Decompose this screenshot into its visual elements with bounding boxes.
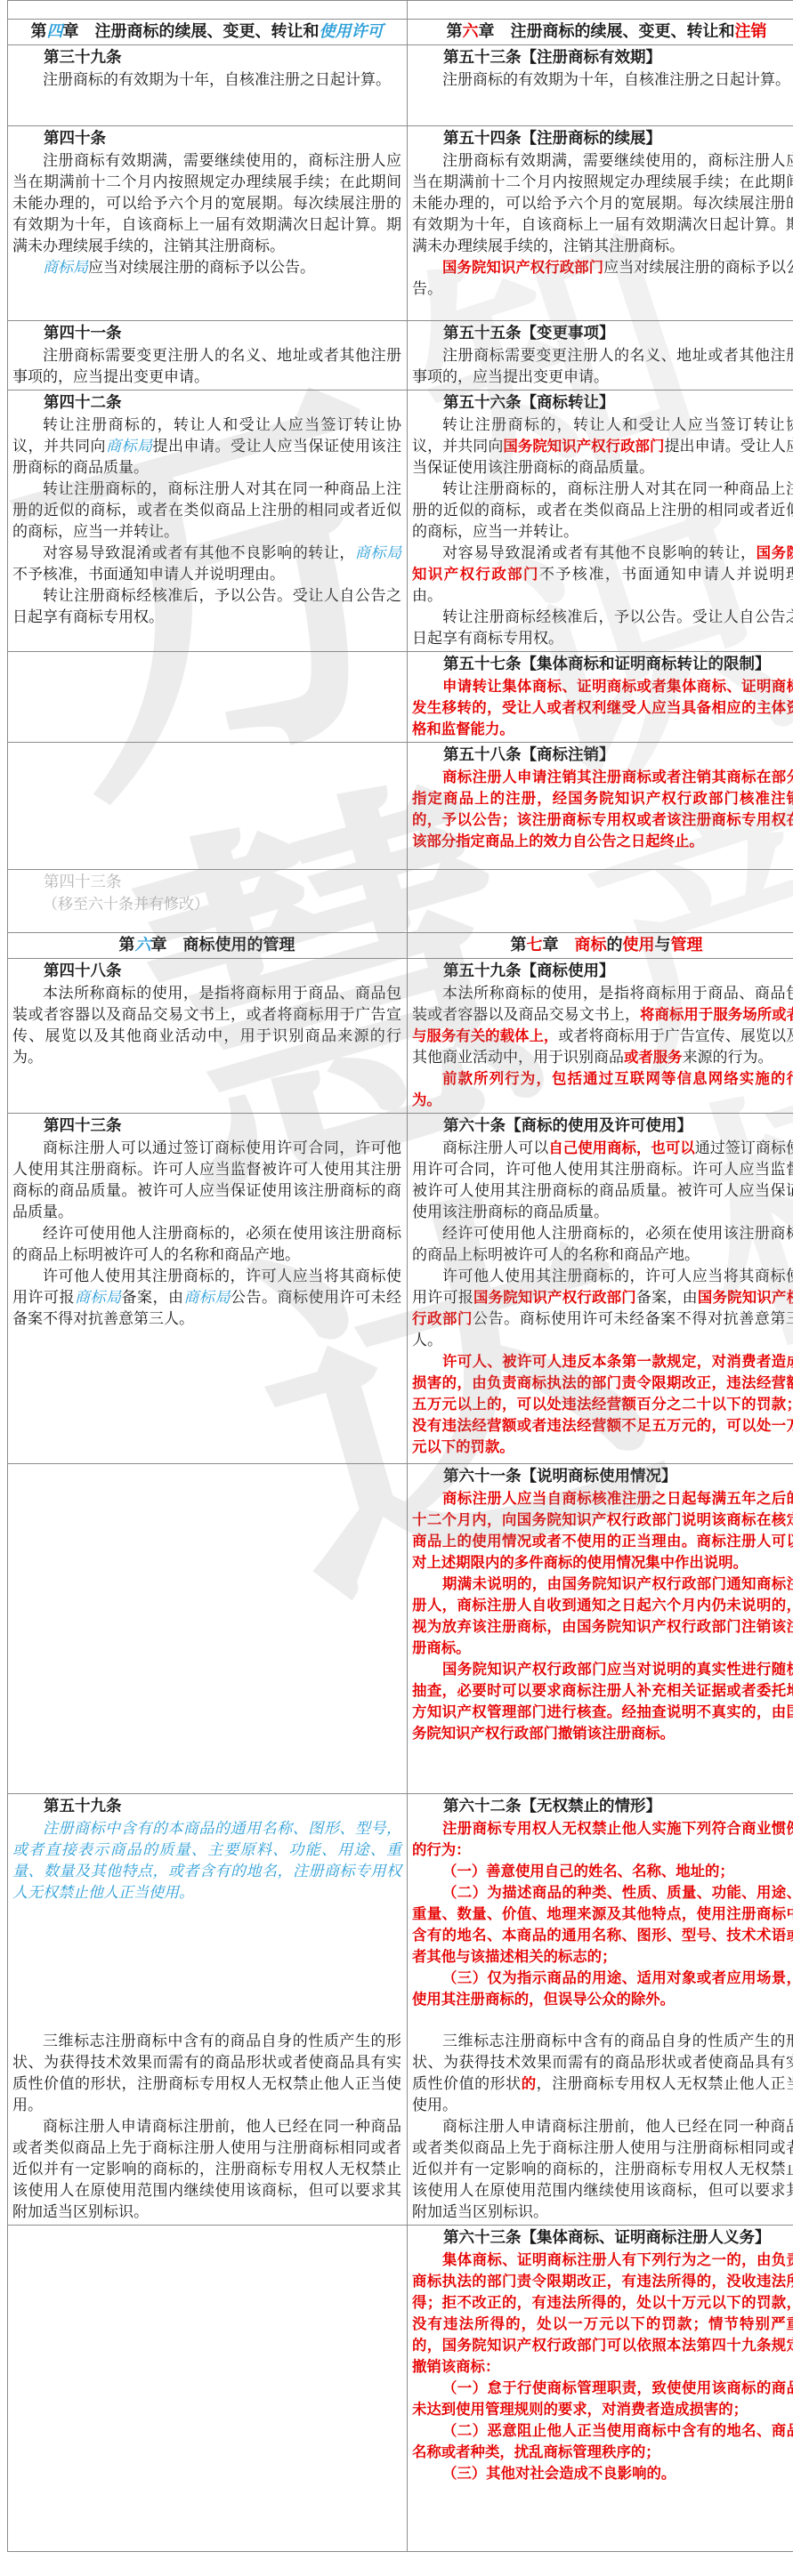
text-segment: 章 商标使用的管理 xyxy=(151,936,295,954)
cell-content: 第六十二条【无权禁止的情形】注册商标专用权人无权禁止他人实施下列符合商业惯例的行… xyxy=(412,1796,793,2027)
text-segment: 第四十二条 xyxy=(44,394,122,412)
article-heading: 第六十二条【无权禁止的情形】 xyxy=(412,1796,793,1818)
article-heading: 第五十九条 xyxy=(12,1796,401,1818)
text-segment: 不予核准，书面通知申请人并说明理由。 xyxy=(12,566,285,584)
text-segment: 许可人、被许可人违反本条第一款规定，对消费者造成损害的，由负责商标执法的部门责令… xyxy=(412,1353,793,1455)
article-row-41-55: 第四十一条注册商标需要变更注册人的名义、地址或者其他注册事项的，应当提出变更申请… xyxy=(8,321,793,390)
text-segment: 注册商标有效期满，需要继续使用的，商标注册人应当在期满前十二个月内按照规定办理续… xyxy=(412,152,793,255)
cell-content xyxy=(12,2227,401,2549)
article-paragraph: 转让注册商标的，商标注册人对其在同一种商品上注册的近似的商标，或者在类似商品上注… xyxy=(12,479,401,543)
text-segment: 商标局 xyxy=(355,544,401,562)
text-segment: 期满未说明的，由国务院知识产权行政部门通知商标注册人，商标注册人自收到通知之日起… xyxy=(412,1575,793,1656)
cell-content: 第五十六条【商标转让】转让注册商标的，转让人和受让人应当签订转让协议，并共同向国… xyxy=(412,392,793,649)
text-segment: 第五十七条【集体商标和证明商标转让的限制】 xyxy=(443,656,771,673)
article-row-42-56: 第四十二条转让注册商标的，转让人和受让人应当签订转让协议，并共同向商标局提出申请… xyxy=(8,390,793,652)
text-segment: 第四十三条 xyxy=(44,1117,122,1135)
article-paragraph: 注册商标的有效期为十年，自核准注册之日起计算。 xyxy=(412,69,793,91)
text-segment: 国务院知识产权行政部门应当对说明的真实性进行随机抽查，必要时可以要求商标注册人补… xyxy=(412,1661,793,1742)
text-segment: 商标注册人申请商标注册前，他人已经在同一种商品或者类似商品上先于商标注册人使用与… xyxy=(412,2118,793,2221)
text-segment: 第五十五条【变更事项】 xyxy=(443,325,615,342)
text-segment: 三维标志注册商标中含有的商品自身的性质产生的形状、为获得技术效果而需有的商品形状… xyxy=(12,2033,401,2114)
text-segment: 第四十八条 xyxy=(44,962,122,980)
text-segment: 的 xyxy=(522,2075,537,2092)
cell-content: 第四十二条转让注册商标的，转让人和受让人应当签订转让协议，并共同向商标局提出申请… xyxy=(12,392,401,639)
cell-old-law: 第四十八条本法所称商标的使用，是指将商标用于商品、商品包装或者容器以及商品交易文… xyxy=(8,959,408,1114)
article-row-43-moved: 第四十三条（移至六十条并有修改） xyxy=(8,870,793,933)
cell-old-law: 第四十三条商标注册人可以通过签订商标使用许可合同，许可他人使用其注册商标。许可人… xyxy=(8,1114,408,1464)
cell-content: 第五十四条【注册商标的续展】注册商标有效期满，需要继续使用的，商标注册人应当在期… xyxy=(412,128,793,318)
empty-cell-left xyxy=(8,1,408,20)
article-heading: 第四十二条 xyxy=(12,392,401,415)
text-segment: 使用 xyxy=(623,936,655,954)
article-heading: 第四十条 xyxy=(12,128,401,150)
text-segment: （一）善意使用自己的姓名、名称、地址的； xyxy=(442,1863,734,1880)
article-paragraph: 许可他人使用其注册商标的，许可人应当将其商标使用许可报商标局备案，由商标局公告。… xyxy=(12,1266,401,1330)
text-segment: 注册商标专用权人无权禁止他人实施下列符合商业惯例的行为： xyxy=(412,1820,793,1858)
article-paragraph: （移至六十条并有修改） xyxy=(12,894,401,915)
text-segment: 备案，由 xyxy=(122,1289,184,1307)
article-paragraph: 转让注册商标的，转让人和受让人应当签订转让协议，并共同向国务院知识产权行政部门提… xyxy=(412,415,793,479)
text-segment: 商标局 xyxy=(106,438,153,455)
cell-content: 第五十五条【变更事项】注册商标需要变更注册人的名义、地址或者其他注册事项的，应当… xyxy=(412,323,793,388)
text-segment: 集体商标、证明商标注册人有下列行为之一的，由负责商标执法的部门责令限期改正，有违… xyxy=(412,2251,793,2375)
text-segment: 第五十九条【商标使用】 xyxy=(443,962,615,980)
cell-content: 第四十八条本法所称商标的使用，是指将商标用于商品、商品包装或者容器以及商品交易文… xyxy=(12,961,401,1110)
text-segment: 商标注册人申请注销其注册商标或者注销其商标在部分指定商品上的注册，经国务院知识产… xyxy=(412,769,793,849)
text-segment: 第六十二条【无权禁止的情形】 xyxy=(443,1798,661,1815)
text-segment: 商标局 xyxy=(75,1289,122,1307)
text-segment: 第五十九条 xyxy=(44,1798,122,1815)
text-segment: 对容易导致混淆或者有其他不良影响的转让， xyxy=(442,544,757,562)
article-paragraph: 许可他人使用其注册商标的，许可人应当将其商标使用许可报国务院知识产权行政部门备案… xyxy=(412,1266,793,1351)
cell-content: 第四十一条注册商标需要变更注册人的名义、地址或者其他注册事项的，应当提出变更申请… xyxy=(12,323,401,388)
article-row-59-62-part2: 三维标志注册商标中含有的商品自身的性质产生的形状、为获得技术效果而需有的商品形状… xyxy=(8,2029,793,2226)
comparison-table-body: 第四章 注册商标的续展、变更、转让和使用许可第六章 注册商标的续展、变更、转让和… xyxy=(8,1,793,2552)
text-segment: 管理 xyxy=(671,936,703,954)
text-segment: 第六十条【商标的使用及许可使用】 xyxy=(443,1117,692,1135)
text-segment: 第四十条 xyxy=(44,130,106,148)
text-segment: 或者服务 xyxy=(624,1049,683,1066)
cell-old-law xyxy=(8,743,408,870)
article-heading: 第五十四条【注册商标的续展】 xyxy=(412,128,793,150)
cell-content: 第六十条【商标的使用及许可使用】商标注册人可以自己使用商标，也可以通过签订商标使… xyxy=(412,1115,793,1461)
cell-new-law: 第五十三条【注册商标有效期】注册商标的有效期为十年，自核准注册之日起计算。 xyxy=(408,45,793,126)
text-segment: 第五十三条【注册商标有效期】 xyxy=(443,49,661,67)
document-page: 万慧达 知识产权 第四章 注册商标的续展、变更、转让和使用许可第六章 注册商标的… xyxy=(0,0,793,2552)
text-segment: （移至六十条并有修改） xyxy=(43,896,209,914)
article-paragraph: 注册商标有效期满，需要继续使用的，商标注册人应当在期满前十二个月内按照规定办理续… xyxy=(412,150,793,257)
article-heading: 第五十六条【商标转让】 xyxy=(412,392,793,415)
article-paragraph: 注册商标中含有的本商品的通用名称、图形、型号，或者直接表示商品的质量、主要原料、… xyxy=(12,1818,401,1904)
text-segment: 商标注册人申请商标注册前，他人已经在同一种商品或者类似商品上先于商标注册人使用与… xyxy=(12,2118,401,2221)
cell-content: 三维标志注册商标中含有的商品自身的性质产生的形状、为获得技术效果而需有的商品形状… xyxy=(412,2031,793,2223)
article-row-61: 第六十一条【说明商标使用情况】商标注册人应当自商标核准注册之日起每满五年之后的十… xyxy=(8,1464,793,1794)
empty-cell-right xyxy=(408,1,793,20)
cell-content xyxy=(12,654,401,736)
article-paragraph: 集体商标、证明商标注册人有下列行为之一的，由负责商标执法的部门责令限期改正，有违… xyxy=(412,2250,793,2378)
cell-old-law: 第四十一条注册商标需要变更注册人的名义、地址或者其他注册事项的，应当提出变更申请… xyxy=(8,321,408,390)
article-paragraph: 注册商标的有效期为十年，自核准注册之日起计算。 xyxy=(12,69,401,91)
text-segment: 第四十一条 xyxy=(44,325,122,342)
article-paragraph: 国务院知识产权行政部门应当对续展注册的商标予以公告。 xyxy=(412,257,793,300)
cell-new-law: 第五十六条【商标转让】转让注册商标的，转让人和受让人应当签订转让协议，并共同向国… xyxy=(408,390,793,652)
article-paragraph: 期满未说明的，由国务院知识产权行政部门通知商标注册人，商标注册人自收到通知之日起… xyxy=(412,1574,793,1659)
article-paragraph: （一）善意使用自己的姓名、名称、地址的； xyxy=(412,1861,793,1882)
article-paragraph: （二）为描述商品的种类、性质、质量、功能、用途、重量、数量、价值、地理来源及其他… xyxy=(412,1882,793,1968)
article-heading: 第六十三条【集体商标、证明商标注册人义务】 xyxy=(412,2227,793,2250)
text-segment: （一）怠于行使商标管理职责，致使使用该商标的商品未达到使用管理规则的要求，对消费… xyxy=(412,2379,793,2418)
article-paragraph: 三维标志注册商标中含有的商品自身的性质产生的形状、为获得技术效果而需有的商品形状… xyxy=(412,2031,793,2116)
article-heading: 第四十三条 xyxy=(12,872,401,894)
text-segment: 商标注册人应当自商标核准注册之日起每满五年之后的十二个月内，向国务院知识产权行政… xyxy=(412,1490,793,1571)
cell-old-law: 第四十条注册商标有效期满，需要继续使用的，商标注册人应当在期满前十二个月内按照规… xyxy=(8,126,408,321)
text-segment: 注册商标需要变更注册人的名义、地址或者其他注册事项的，应当提出变更申请。 xyxy=(12,347,401,386)
article-paragraph: 注册商标有效期满，需要继续使用的，商标注册人应当在期满前十二个月内按照规定办理续… xyxy=(12,150,401,257)
article-heading: 第三十九条 xyxy=(12,47,401,69)
text-segment: （二）恶意阻止他人正当使用商标中含有的地名、商品名称或者种类，扰乱商标管理秩序的… xyxy=(412,2422,793,2460)
cell-old-law xyxy=(8,2226,408,2552)
article-paragraph: 转让注册商标经核准后，予以公告。受让人自公告之日起享有商标专用权。 xyxy=(412,607,793,649)
text-segment: 转让注册商标经核准后，予以公告。受让人自公告之日起享有商标专用权。 xyxy=(412,608,793,648)
cell-new-law: 第五十七条【集体商标和证明商标转让的限制】申请转让集体商标、证明商标或者集体商标… xyxy=(408,652,793,743)
article-heading: 第四十三条 xyxy=(12,1115,401,1138)
text-segment: （三）其他对社会造成不良影响的。 xyxy=(442,2465,676,2482)
cell-new-law: 第六十条【商标的使用及许可使用】商标注册人可以自己使用商标，也可以通过签订商标使… xyxy=(408,1114,793,1464)
text-segment: 四 xyxy=(47,22,63,41)
text-segment: 国务院知识产权行政部门 xyxy=(442,259,603,276)
text-segment: 国务院知识产权行政部门 xyxy=(473,1289,636,1306)
text-segment: 注册商标有效期满，需要继续使用的，商标注册人应当在期满前十二个月内按照规定办理续… xyxy=(12,152,401,255)
text-segment: 注册商标的有效期为十年，自核准注册之日起计算。 xyxy=(43,71,391,89)
cell-content: 三维标志注册商标中含有的商品自身的性质产生的形状、为获得技术效果而需有的商品形状… xyxy=(12,2031,401,2223)
article-paragraph: 转让注册商标的，转让人和受让人应当签订转让协议，并共同向商标局提出申请。受让人应… xyxy=(12,415,401,479)
cell-content xyxy=(412,872,793,930)
article-paragraph: 商标注册人可以通过签订商标使用许可合同，许可他人使用其注册商标。许可人应当监督被… xyxy=(12,1138,401,1223)
text-segment: 章 xyxy=(543,936,575,954)
article-paragraph: 前款所列行为，包括通过互联网等信息网络实施的行为。 xyxy=(412,1068,793,1111)
text-segment: 国务院知识产权行政部门 xyxy=(503,438,664,455)
text-segment: 的 xyxy=(607,936,623,954)
article-paragraph: 对容易导致混淆或者有其他不良影响的转让，国务院知识产权行政部门不予核准，书面通知… xyxy=(412,543,793,607)
text-segment: 前款所列行为，包括通过互联网等信息网络实施的行为。 xyxy=(412,1070,793,1108)
article-row-40-54: 第四十条注册商标有效期满，需要继续使用的，商标注册人应当在期满前十二个月内按照规… xyxy=(8,126,793,321)
article-paragraph: （三）仅为指示商品的用途、适用对象或者应用场景，使用其注册商标的，但误导公众的除… xyxy=(412,1968,793,2010)
text-segment: 商标局 xyxy=(184,1289,231,1307)
text-segment: 第 xyxy=(511,936,527,954)
article-heading: 第六十一条【说明商标使用情况】 xyxy=(412,1466,793,1488)
article-paragraph: 商标注册人申请商标注册前，他人已经在同一种商品或者类似商品上先于商标注册人使用与… xyxy=(412,2116,793,2223)
cell-content: 第五十九条【商标使用】本法所称商标的使用，是指将商标用于商品、商品包装或者容器以… xyxy=(412,961,793,1111)
text-segment: 第六十一条【说明商标使用情况】 xyxy=(443,1468,677,1485)
cell-new-law: 第六十三条【集体商标、证明商标注册人义务】集体商标、证明商标注册人有下列行为之一… xyxy=(408,2226,793,2552)
chapter-heading-left: 第四章 注册商标的续展、变更、转让和使用许可 xyxy=(8,20,408,45)
text-segment: 使用许可 xyxy=(320,22,384,41)
article-row-48-59: 第四十八条本法所称商标的使用，是指将商标用于商品、商品包装或者容器以及商品交易文… xyxy=(8,959,793,1114)
text-segment: 第 xyxy=(119,936,135,954)
article-paragraph: 国务院知识产权行政部门应当对说明的真实性进行随机抽查，必要时可以要求商标注册人补… xyxy=(412,1659,793,1744)
text-segment: （二）为描述商品的种类、性质、质量、功能、用途、重量、数量、价值、地理来源及其他… xyxy=(412,1884,793,1965)
article-paragraph: 注册商标需要变更注册人的名义、地址或者其他注册事项的，应当提出变更申请。 xyxy=(12,345,401,388)
article-heading: 第五十八条【商标注销】 xyxy=(412,745,793,767)
cell-content: 第五十九条注册商标中含有的本商品的通用名称、图形、型号，或者直接表示商品的质量、… xyxy=(12,1796,401,2027)
text-segment: 应当对续展注册的商标予以公告。 xyxy=(88,259,315,277)
cell-content: 第五十八条【商标注销】商标注册人申请注销其注册商标或者注销其商标在部分指定商品上… xyxy=(412,745,793,867)
article-row-58: 第五十八条【商标注销】商标注册人申请注销其注册商标或者注销其商标在部分指定商品上… xyxy=(8,743,793,870)
article-paragraph: 转让注册商标的，商标注册人对其在同一种商品上注册的近似的商标，或者在类似商品上注… xyxy=(412,479,793,543)
text-segment: 商标注册人可以通过签订商标使用许可合同，许可他人使用其注册商标。许可人应当监督被… xyxy=(12,1139,401,1221)
text-segment: 申请转让集体商标、证明商标或者集体商标、证明商标发生移转的，受让人或者权利继受人… xyxy=(412,678,793,737)
text-segment: 注销 xyxy=(735,22,767,41)
article-paragraph: （二）恶意阻止他人正当使用商标中含有的地名、商品名称或者种类，扰乱商标管理秩序的… xyxy=(412,2420,793,2463)
article-row-63: 第六十三条【集体商标、证明商标注册人义务】集体商标、证明商标注册人有下列行为之一… xyxy=(8,2226,793,2552)
text-segment: 转让注册商标的，商标注册人对其在同一种商品上注册的近似的商标，或者在类似商品上注… xyxy=(12,480,401,541)
text-segment: 经许可使用他人注册商标的，必须在使用该注册商标的商品上标明被许可人的名称和商品产… xyxy=(412,1225,793,1264)
article-paragraph: 商标注册人可以自己使用商标，也可以通过签订商标使用许可合同，许可他人使用其注册商… xyxy=(412,1138,793,1223)
article-paragraph: 三维标志注册商标中含有的商品自身的性质产生的形状、为获得技术效果而需有的商品形状… xyxy=(12,2031,401,2116)
text-segment: 第 xyxy=(447,22,463,41)
article-heading: 第五十七条【集体商标和证明商标转让的限制】 xyxy=(412,654,793,676)
text-segment: 六 xyxy=(463,22,479,41)
article-heading: 第五十三条【注册商标有效期】 xyxy=(412,47,793,69)
article-paragraph: 对容易导致混淆或者有其他不良影响的转让，商标局不予核准，书面通知申请人并说明理由… xyxy=(12,543,401,585)
cell-new-law xyxy=(408,870,793,933)
text-segment: 第 xyxy=(31,22,47,41)
cell-content: 第五十七条【集体商标和证明商标转让的限制】申请转让集体商标、证明商标或者集体商标… xyxy=(412,654,793,740)
text-segment: 自己使用商标，也可以 xyxy=(548,1139,694,1156)
text-segment: 来源的行为。 xyxy=(683,1049,773,1067)
chapter-heading-left: 第六章 商标使用的管理 xyxy=(8,933,408,959)
text-segment: 转让注册商标经核准后，予以公告。受让人自公告之日起享有商标专用权。 xyxy=(12,587,401,626)
text-segment: 商标注册人可以 xyxy=(442,1139,548,1157)
text-segment: 注册商标的有效期为十年，自核准注册之日起计算。 xyxy=(442,71,790,89)
cell-new-law: 第五十五条【变更事项】注册商标需要变更注册人的名义、地址或者其他注册事项的，应当… xyxy=(408,321,793,390)
text-segment: 与 xyxy=(655,936,671,954)
cell-content xyxy=(12,1466,401,1791)
article-heading: 第四十一条 xyxy=(12,323,401,345)
article-heading: 第五十九条【商标使用】 xyxy=(412,961,793,983)
article-paragraph: （一）怠于行使商标管理职责，致使使用该商标的商品未达到使用管理规则的要求，对消费… xyxy=(412,2378,793,2420)
cell-new-law: 第五十四条【注册商标的续展】注册商标有效期满，需要继续使用的，商标注册人应当在期… xyxy=(408,126,793,321)
text-segment: 章 注册商标的续展、变更、转让和 xyxy=(479,22,735,41)
article-heading: 第四十八条 xyxy=(12,961,401,983)
comparison-table: 第四章 注册商标的续展、变更、转让和使用许可第六章 注册商标的续展、变更、转让和… xyxy=(7,0,793,2552)
article-paragraph: （三）其他对社会造成不良影响的。 xyxy=(412,2463,793,2484)
article-row-57: 第五十七条【集体商标和证明商标转让的限制】申请转让集体商标、证明商标或者集体商标… xyxy=(8,652,793,743)
article-heading: 第六十条【商标的使用及许可使用】 xyxy=(412,1115,793,1138)
cell-content: 第五十三条【注册商标有效期】注册商标的有效期为十年，自核准注册之日起计算。 xyxy=(412,47,793,124)
text-segment: 第四十三条 xyxy=(44,873,122,891)
text-segment: 备案，由 xyxy=(636,1289,698,1307)
cell-old-law: 第三十九条注册商标的有效期为十年，自核准注册之日起计算。 xyxy=(8,45,408,126)
text-segment: 第六十三条【集体商标、证明商标注册人义务】 xyxy=(443,2229,771,2247)
article-paragraph: 许可人、被许可人违反本条第一款规定，对消费者造成损害的，由负责商标执法的部门责令… xyxy=(412,1351,793,1458)
cell-old-law: 第五十九条注册商标中含有的本商品的通用名称、图形、型号，或者直接表示商品的质量、… xyxy=(8,1794,408,2030)
article-paragraph: 经许可使用他人注册商标的，必须在使用该注册商标的商品上标明被许可人的名称和商品产… xyxy=(12,1223,401,1266)
cell-new-law: 第六十一条【说明商标使用情况】商标注册人应当自商标核准注册之日起每满五年之后的十… xyxy=(408,1464,793,1794)
cell-content: 第六十三条【集体商标、证明商标注册人义务】集体商标、证明商标注册人有下列行为之一… xyxy=(412,2227,793,2549)
text-segment: 第五十八条【商标注销】 xyxy=(443,746,615,764)
text-segment: 第五十四条【注册商标的续展】 xyxy=(443,130,661,148)
article-paragraph: 商标注册人申请注销其注册商标或者注销其商标在部分指定商品上的注册，经国务院知识产… xyxy=(412,767,793,852)
chapter-header-row-1: 第四章 注册商标的续展、变更、转让和使用许可第六章 注册商标的续展、变更、转让和… xyxy=(8,20,793,45)
article-paragraph: 商标注册人应当自商标核准注册之日起每满五年之后的十二个月内，向国务院知识产权行政… xyxy=(412,1488,793,1574)
article-paragraph: 本法所称商标的使用，是指将商标用于商品、商品包装或者容器以及商品交易文书上，将商… xyxy=(412,983,793,1068)
cell-old-law xyxy=(8,652,408,743)
text-segment: 转让注册商标的，商标注册人对其在同一种商品上注册的近似的商标，或者在类似商品上注… xyxy=(412,480,793,541)
text-segment: 经许可使用他人注册商标的，必须在使用该注册商标的商品上标明被许可人的名称和商品产… xyxy=(12,1225,401,1264)
cell-new-law: 三维标志注册商标中含有的商品自身的性质产生的形状、为获得技术效果而需有的商品形状… xyxy=(408,2029,793,2226)
cell-new-law: 第六十二条【无权禁止的情形】注册商标专用权人无权禁止他人实施下列符合商业惯例的行… xyxy=(408,1794,793,2030)
article-row-59-62-part1: 第五十九条注册商标中含有的本商品的通用名称、图形、型号，或者直接表示商品的质量、… xyxy=(8,1794,793,2030)
article-paragraph: 商标局应当对续展注册的商标予以公告。 xyxy=(12,257,401,278)
article-paragraph: 经许可使用他人注册商标的，必须在使用该注册商标的商品上标明被许可人的名称和商品产… xyxy=(412,1223,793,1266)
cell-content: 第四十三条（移至六十条并有修改） xyxy=(12,872,401,930)
cell-content: 第六十一条【说明商标使用情况】商标注册人应当自商标核准注册之日起每满五年之后的十… xyxy=(412,1466,793,1791)
cell-content: 第三十九条注册商标的有效期为十年，自核准注册之日起计算。 xyxy=(12,47,401,124)
cell-content: 第四十三条商标注册人可以通过签订商标使用许可合同，许可他人使用其注册商标。许可人… xyxy=(12,1115,401,1461)
text-segment: 注册商标需要变更注册人的名义、地址或者其他注册事项的，应当提出变更申请。 xyxy=(412,347,793,386)
text-segment: 第五十六条【商标转让】 xyxy=(443,394,615,412)
text-segment: 第三十九条 xyxy=(44,49,122,67)
text-segment: 商标局 xyxy=(43,259,88,277)
chapter-heading-right: 第六章 注册商标的续展、变更、转让和注销 xyxy=(408,20,793,45)
empty-top-row xyxy=(8,1,793,20)
article-paragraph: 申请转让集体商标、证明商标或者集体商标、证明商标发生移转的，受让人或者权利继受人… xyxy=(412,676,793,740)
cell-content xyxy=(12,745,401,867)
text-segment: 注册商标中含有的本商品的通用名称、图形、型号，或者直接表示商品的质量、主要原料、… xyxy=(12,1820,401,1902)
cell-old-law: 第四十三条（移至六十条并有修改） xyxy=(8,870,408,933)
article-row-39-53: 第三十九条注册商标的有效期为十年，自核准注册之日起计算。第五十三条【注册商标有效… xyxy=(8,45,793,126)
cell-old-law xyxy=(8,1464,408,1794)
text-segment: 对容易导致混淆或者有其他不良影响的转让， xyxy=(43,544,355,562)
text-segment: 七 xyxy=(527,936,543,954)
text-segment: 章 注册商标的续展、变更、转让和 xyxy=(63,22,320,41)
chapter-header-row-2: 第六章 商标使用的管理第七章 商标的使用与管理 xyxy=(8,933,793,959)
text-segment: 六 xyxy=(135,936,151,954)
text-segment: 本法所称商标的使用，是指将商标用于商品、商品包装或者容器以及商品交易文书上，或者… xyxy=(12,985,401,1067)
article-row-43-60: 第四十三条商标注册人可以通过签订商标使用许可合同，许可他人使用其注册商标。许可人… xyxy=(8,1114,793,1464)
article-paragraph: 商标注册人申请商标注册前，他人已经在同一种商品或者类似商品上先于商标注册人使用与… xyxy=(12,2116,401,2223)
chapter-heading-right: 第七章 商标的使用与管理 xyxy=(408,933,793,959)
cell-old-law: 第四十二条转让注册商标的，转让人和受让人应当签订转让协议，并共同向商标局提出申请… xyxy=(8,390,408,652)
article-paragraph: 注册商标需要变更注册人的名义、地址或者其他注册事项的，应当提出变更申请。 xyxy=(412,345,793,388)
text-segment: （三）仅为指示商品的用途、适用对象或者应用场景，使用其注册商标的，但误导公众的除… xyxy=(412,1969,793,2008)
cell-old-law: 三维标志注册商标中含有的商品自身的性质产生的形状、为获得技术效果而需有的商品形状… xyxy=(8,2029,408,2226)
article-heading: 第五十五条【变更事项】 xyxy=(412,323,793,345)
article-paragraph: 本法所称商标的使用，是指将商标用于商品、商品包装或者容器以及商品交易文书上，或者… xyxy=(12,983,401,1068)
cell-new-law: 第五十九条【商标使用】本法所称商标的使用，是指将商标用于商品、商品包装或者容器以… xyxy=(408,959,793,1114)
article-paragraph: 转让注册商标经核准后，予以公告。受让人自公告之日起享有商标专用权。 xyxy=(12,585,401,628)
cell-new-law: 第五十八条【商标注销】商标注册人申请注销其注册商标或者注销其商标在部分指定商品上… xyxy=(408,743,793,870)
article-paragraph: 注册商标专用权人无权禁止他人实施下列符合商业惯例的行为： xyxy=(412,1818,793,1861)
text-segment: 商标 xyxy=(575,936,607,954)
cell-content: 第四十条注册商标有效期满，需要继续使用的，商标注册人应当在期满前十二个月内按照规… xyxy=(12,128,401,318)
